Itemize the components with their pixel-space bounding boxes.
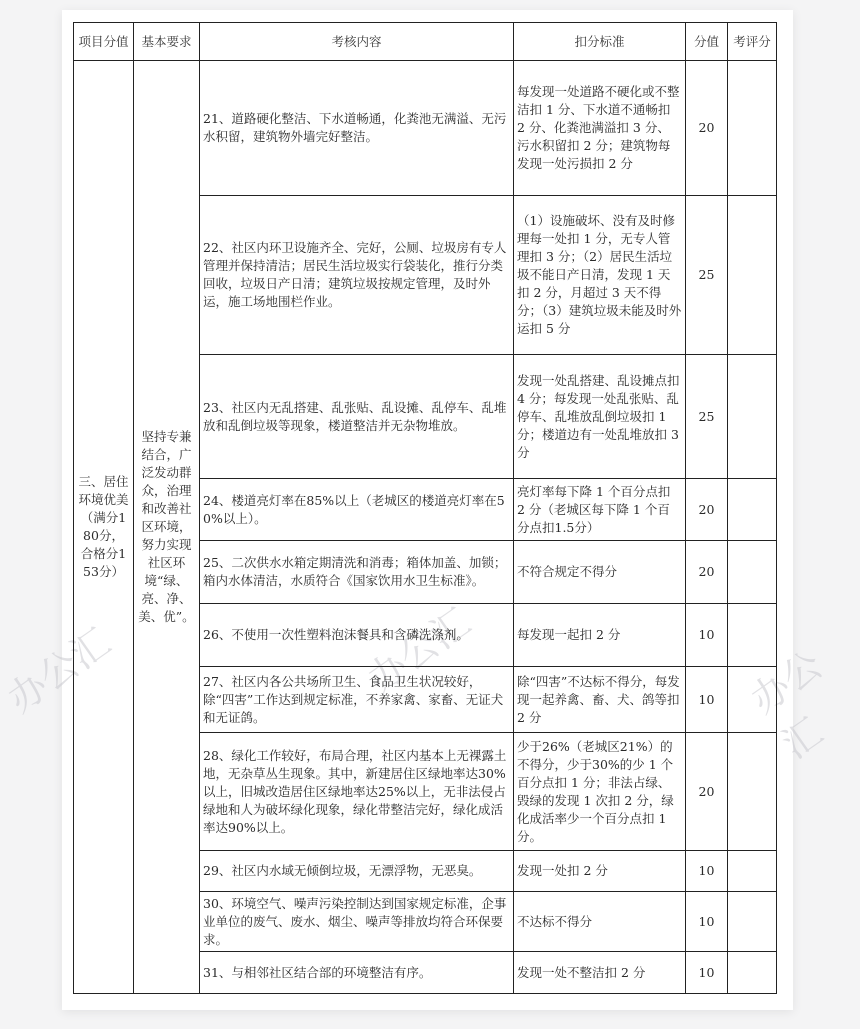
score-cell: 10 <box>686 667 728 733</box>
header-item: 项目分值 <box>74 23 134 61</box>
standard-cell: 不符合规定不得分 <box>514 541 686 604</box>
evaluation-cell[interactable] <box>728 61 777 196</box>
evaluation-cell[interactable] <box>728 196 777 355</box>
content-cell: 25、二次供水水箱定期清洗和消毒；箱体加盖、加锁；箱内水体清洁，水质符合《国家饮… <box>200 541 514 604</box>
standard-cell: 每发现一处道路不硬化或不整洁扣 1 分、下水道不通畅扣 2 分、化粪池满溢扣 3… <box>514 61 686 196</box>
header-row: 项目分值 基本要求 考核内容 扣分标准 分值 考评分 <box>74 23 777 61</box>
content-cell: 22、社区内环卫设施齐全、完好，公厕、垃圾房有专人管理并保持清洁；居民生活垃圾实… <box>200 196 514 355</box>
evaluation-cell[interactable] <box>728 892 777 952</box>
content-cell: 31、与相邻社区结合部的环境整洁有序。 <box>200 952 514 994</box>
score-cell: 20 <box>686 541 728 604</box>
header-score: 分值 <box>686 23 728 61</box>
evaluation-cell[interactable] <box>728 851 777 892</box>
content-cell: 26、不使用一次性塑料泡沫餐具和含磷洗涤剂。 <box>200 604 514 667</box>
standard-cell: 每发现一起扣 2 分 <box>514 604 686 667</box>
section-basic-cell: 坚持专兼结合，广泛发动群众，治理和改善社区环境，努力实现社区环境“绿、亮、净、美… <box>134 61 200 994</box>
header-standard: 扣分标准 <box>514 23 686 61</box>
score-cell: 25 <box>686 196 728 355</box>
score-cell: 10 <box>686 604 728 667</box>
evaluation-cell[interactable] <box>728 355 777 479</box>
standard-cell: 亮灯率每下降 1 个百分点扣 2 分（老城区每下降 1 个百分点扣1.5分） <box>514 479 686 541</box>
content-cell: 23、社区内无乱搭建、乱张贴、乱设摊、乱停车、乱堆放和乱倒垃圾等现象，楼道整洁并… <box>200 355 514 479</box>
header-content: 考核内容 <box>200 23 514 61</box>
content-cell: 30、环境空气、噪声污染控制达到国家规定标准，企事业单位的废气、废水、烟尘、噪声… <box>200 892 514 952</box>
score-cell: 10 <box>686 952 728 994</box>
section-item-cell: 三、居住环境优美（满分180分，合格分153分） <box>74 61 134 994</box>
score-cell: 20 <box>686 479 728 541</box>
content-cell: 27、社区内各公共场所卫生、食品卫生状况较好，除“四害”工作达到规定标准，不养家… <box>200 667 514 733</box>
content-cell: 21、道路硬化整洁、下水道畅通，化粪池无满溢、无污水积留，建筑物外墙完好整洁。 <box>200 61 514 196</box>
standard-cell: （1）设施破坏、没有及时修理每一处扣 1 分，无专人管理扣 3 分；（2）居民生… <box>514 196 686 355</box>
content-cell: 29、社区内水域无倾倒垃圾，无漂浮物，无恶臭。 <box>200 851 514 892</box>
score-cell: 20 <box>686 733 728 851</box>
standard-cell: 少于26%（老城区21%）的不得分，少于30%的少 1 个百分点扣 1 分；非法… <box>514 733 686 851</box>
evaluation-cell[interactable] <box>728 479 777 541</box>
evaluation-cell[interactable] <box>728 541 777 604</box>
score-cell: 10 <box>686 851 728 892</box>
header-basic: 基本要求 <box>134 23 200 61</box>
score-cell: 20 <box>686 61 728 196</box>
evaluation-cell[interactable] <box>728 733 777 851</box>
standard-cell: 除“四害”不达标不得分，每发现一起养禽、畜、犬、鸽等扣 2 分 <box>514 667 686 733</box>
table-row: 三、居住环境优美（满分180分，合格分153分） 坚持专兼结合，广泛发动群众，治… <box>74 61 777 196</box>
assessment-table: 项目分值 基本要求 考核内容 扣分标准 分值 考评分 三、居住环境优美（满分18… <box>73 22 777 994</box>
evaluation-cell[interactable] <box>728 604 777 667</box>
score-cell: 10 <box>686 892 728 952</box>
header-evaluation: 考评分 <box>728 23 777 61</box>
evaluation-cell[interactable] <box>728 667 777 733</box>
standard-cell: 发现一处扣 2 分 <box>514 851 686 892</box>
standard-cell: 不达标不得分 <box>514 892 686 952</box>
content-cell: 24、楼道亮灯率在85%以上（老城区的楼道亮灯率在50%以上）。 <box>200 479 514 541</box>
standard-cell: 发现一处不整洁扣 2 分 <box>514 952 686 994</box>
content-cell: 28、绿化工作较好，布局合理，社区内基本上无裸露土地，无杂草丛生现象。其中，新建… <box>200 733 514 851</box>
score-cell: 25 <box>686 355 728 479</box>
evaluation-cell[interactable] <box>728 952 777 994</box>
standard-cell: 发现一处乱搭建、乱设摊点扣 4 分；每发现一处乱张贴、乱停车、乱堆放乱倒垃圾扣 … <box>514 355 686 479</box>
